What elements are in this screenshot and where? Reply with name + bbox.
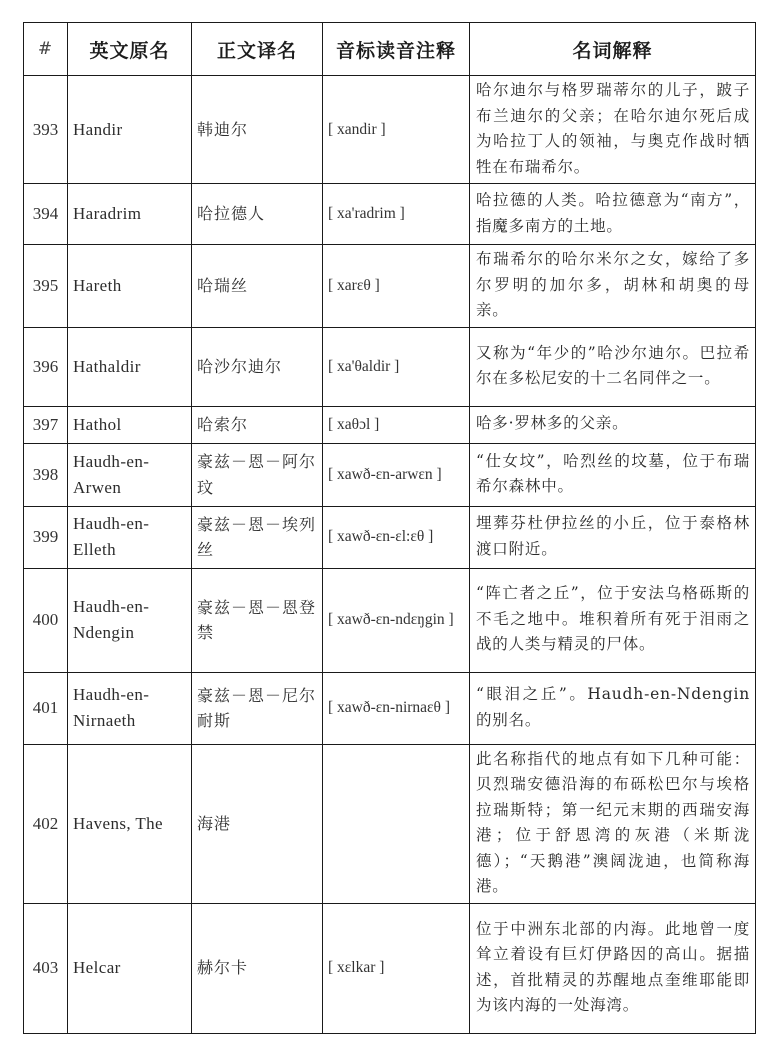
chinese-name: 哈索尔 <box>192 406 323 443</box>
phonetic: [ xaθɔl ] <box>323 406 470 443</box>
row-number: 401 <box>24 672 68 744</box>
glossary-table: # 英文原名 正文译名 音标读音注释 名词解释 393 Handir 韩迪尔 [… <box>23 22 756 1034</box>
chinese-name: 豪兹－恩－尼尔耐斯 <box>192 672 323 744</box>
table-row: 402 Havens, The 海港 此名称指代的地点有如下几种可能：贝烈瑞安德… <box>24 744 756 903</box>
table-row: 401 Haudh-en-Nirnaeth 豪兹－恩－尼尔耐斯 [ xawð-ε… <box>24 672 756 744</box>
phonetic <box>323 744 470 903</box>
chinese-name: 赫尔卡 <box>192 903 323 1033</box>
row-number: 402 <box>24 744 68 903</box>
header-chinese-name: 正文译名 <box>192 23 323 76</box>
definition: “仕女坟”，哈烈丝的坟墓，位于布瑞希尔森林中。 <box>470 443 756 506</box>
row-number: 394 <box>24 184 68 245</box>
definition: “眼泪之丘”。Haudh-en-Ndengin的别名。 <box>470 672 756 744</box>
table-row: 397 Hathol 哈索尔 [ xaθɔl ] 哈多·罗林多的父亲。 <box>24 406 756 443</box>
row-number: 395 <box>24 245 68 328</box>
phonetic: [ xawð-εn-εl:εθ ] <box>323 506 470 568</box>
header-row: # 英文原名 正文译名 音标读音注释 名词解释 <box>24 23 756 76</box>
header-phonetic: 音标读音注释 <box>323 23 470 76</box>
table-row: 393 Handir 韩迪尔 [ xandir ] 哈尔迪尔与格罗瑞蒂尔的儿子，… <box>24 76 756 184</box>
header-number: # <box>24 23 68 76</box>
chinese-name: 哈沙尔迪尔 <box>192 327 323 406</box>
definition: 埋葬芬杜伊拉丝的小丘，位于泰格林渡口附近。 <box>470 506 756 568</box>
english-name: Hareth <box>68 245 192 328</box>
table-row: 398 Haudh-en-Arwen 豪兹－恩－阿尔玟 [ xawð-εn-ar… <box>24 443 756 506</box>
phonetic: [ xandir ] <box>323 76 470 184</box>
chinese-name: 哈拉德人 <box>192 184 323 245</box>
definition: 又称为“年少的”哈沙尔迪尔。巴拉希尔在多松尼安的十二名同伴之一。 <box>470 327 756 406</box>
row-number: 400 <box>24 568 68 672</box>
table-row: 395 Hareth 哈瑞丝 [ xarεθ ] 布瑞希尔的哈尔米尔之女，嫁给了… <box>24 245 756 328</box>
chinese-name: 韩迪尔 <box>192 76 323 184</box>
chinese-name: 海港 <box>192 744 323 903</box>
row-number: 398 <box>24 443 68 506</box>
english-name: Helcar <box>68 903 192 1033</box>
chinese-name: 豪兹－恩－阿尔玟 <box>192 443 323 506</box>
phonetic: [ xawð-εn-nirnaεθ ] <box>323 672 470 744</box>
phonetic: [ xawð-εn-arwεn ] <box>323 443 470 506</box>
chinese-name: 哈瑞丝 <box>192 245 323 328</box>
header-english-name: 英文原名 <box>68 23 192 76</box>
row-number: 399 <box>24 506 68 568</box>
definition: 哈尔迪尔与格罗瑞蒂尔的儿子，跛子布兰迪尔的父亲；在哈尔迪尔死后成为哈拉丁人的领袖… <box>470 76 756 184</box>
chinese-name: 豪兹－恩－恩登禁 <box>192 568 323 672</box>
english-name: Hathaldir <box>68 327 192 406</box>
definition: 布瑞希尔的哈尔米尔之女，嫁给了多尔罗明的加尔多，胡林和胡奥的母亲。 <box>470 245 756 328</box>
english-name: Haudh-en-Nirnaeth <box>68 672 192 744</box>
header-definition: 名词解释 <box>470 23 756 76</box>
phonetic: [ xarεθ ] <box>323 245 470 328</box>
english-name: Hathol <box>68 406 192 443</box>
row-number: 403 <box>24 903 68 1033</box>
definition: 哈拉德的人类。哈拉德意为“南方”，指魔多南方的土地。 <box>470 184 756 245</box>
phonetic: [ xεlkar ] <box>323 903 470 1033</box>
row-number: 397 <box>24 406 68 443</box>
definition: “阵亡者之丘”，位于安法乌格砾斯的不毛之地中。堆积着所有死于泪雨之战的人类与精灵… <box>470 568 756 672</box>
english-name: Haudh-en-Arwen <box>68 443 192 506</box>
table-row: 403 Helcar 赫尔卡 [ xεlkar ] 位于中洲东北部的内海。此地曾… <box>24 903 756 1033</box>
table-row: 394 Haradrim 哈拉德人 [ xa'radrim ] 哈拉德的人类。哈… <box>24 184 756 245</box>
definition: 位于中洲东北部的内海。此地曾一度耸立着设有巨灯伊路因的高山。据描述，首批精灵的苏… <box>470 903 756 1033</box>
definition: 此名称指代的地点有如下几种可能：贝烈瑞安德沿海的布砾松巴尔与埃格拉瑞斯特；第一纪… <box>470 744 756 903</box>
phonetic: [ xa'radrim ] <box>323 184 470 245</box>
english-name: Handir <box>68 76 192 184</box>
english-name: Haradrim <box>68 184 192 245</box>
table-row: 396 Hathaldir 哈沙尔迪尔 [ xa'θaldir ] 又称为“年少… <box>24 327 756 406</box>
row-number: 393 <box>24 76 68 184</box>
phonetic: [ xawð-εn-ndεŋgin ] <box>323 568 470 672</box>
english-name: Haudh-en-Ndengin <box>68 568 192 672</box>
english-name: Havens, The <box>68 744 192 903</box>
chinese-name: 豪兹－恩－埃列丝 <box>192 506 323 568</box>
definition: 哈多·罗林多的父亲。 <box>470 406 756 443</box>
phonetic: [ xa'θaldir ] <box>323 327 470 406</box>
table-row: 399 Haudh-en-Elleth 豪兹－恩－埃列丝 [ xawð-εn-ε… <box>24 506 756 568</box>
row-number: 396 <box>24 327 68 406</box>
english-name: Haudh-en-Elleth <box>68 506 192 568</box>
table-row: 400 Haudh-en-Ndengin 豪兹－恩－恩登禁 [ xawð-εn-… <box>24 568 756 672</box>
